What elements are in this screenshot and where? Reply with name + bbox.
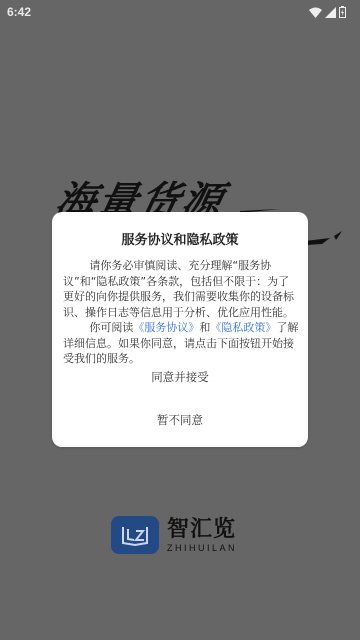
status-icons (309, 6, 346, 18)
dialog-paragraph-1: 请你务必审慎阅读、充分理解“服务协议”和“隐私政策”各条款，包括但不限于：为了更… (63, 258, 299, 320)
cellular-signal-icon (325, 7, 336, 18)
dialog-paragraph-2: 你可阅读《服务协议》和《隐私政策》了解详细信息。如果你同意，请点击下面按钮开始接… (63, 320, 299, 367)
service-agreement-link[interactable]: 《服务协议》 (133, 321, 199, 334)
wifi-icon (309, 7, 322, 18)
privacy-policy-link[interactable]: 《隐私政策》 (210, 321, 276, 334)
brand-logo-group: 智汇览 ZHIHUILAN (111, 516, 237, 554)
accept-button[interactable]: 同意并接受 (52, 362, 308, 392)
brand-subtitle: ZHIHUILAN (167, 543, 237, 553)
dialog-title: 服务协议和隐私政策 (52, 229, 308, 248)
status-bar: 6:42 (0, 0, 360, 24)
dialog-body: 请你务必审慎阅读、充分理解“服务协议”和“隐私政策”各条款，包括但不限于：为了更… (63, 258, 299, 367)
decline-button[interactable]: 暂不同意 (52, 405, 308, 435)
brand-text: 智汇览 ZHIHUILAN (167, 518, 237, 553)
brand-name: 智汇览 (167, 518, 237, 542)
paragraph2-and: 和 (199, 321, 210, 334)
status-time: 6:42 (7, 5, 31, 19)
paragraph2-prefix: 你可阅读 (89, 321, 133, 334)
battery-charging-icon (339, 6, 346, 18)
privacy-dialog: 服务协议和隐私政策 请你务必审慎阅读、充分理解“服务协议”和“隐私政策”各条款，… (52, 212, 308, 447)
app-logo-icon (111, 516, 159, 554)
